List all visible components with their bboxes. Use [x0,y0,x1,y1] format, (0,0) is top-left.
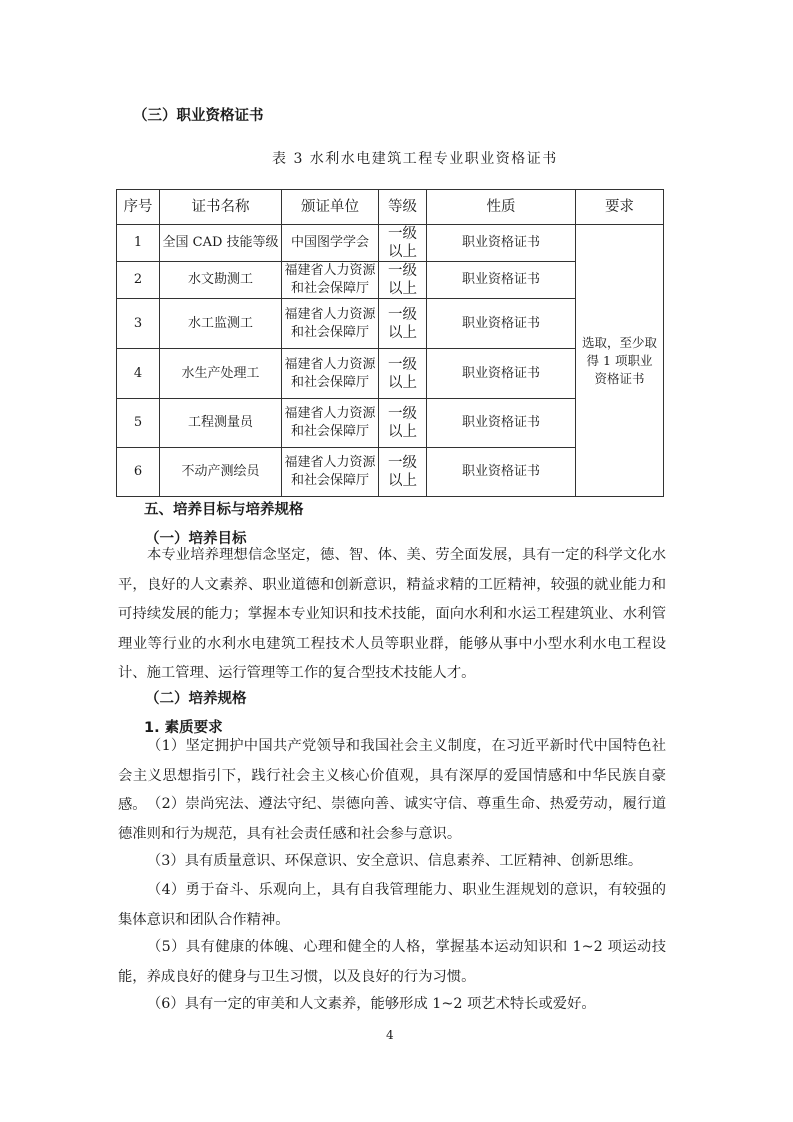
spec-item-4: （4）勇于奋斗、乐观向上，具有自我管理能力、职业生涯规划的意识，有较强的集体意识… [118,876,666,935]
cell-requirement: 选取，至少取得 1 项职业资格证书 [576,225,664,497]
cell-name: 工程测量员 [160,399,282,448]
goal-paragraph: 本专业培养理想信念坚定，德、智、体、美、劳全面发展，具有一定的科学文化水平，良好… [118,541,666,689]
cell-no: 6 [117,448,160,497]
cell-grade: 一级 以上 [379,399,427,448]
cell-issuer: 福建省人力资源 和社会保障厅 [282,349,379,399]
table-caption: 表 3 水利水电建筑工程专业职业资格证书 [272,148,558,168]
cell-nature: 职业资格证书 [427,299,576,349]
cell-name: 水工监测工 [160,299,282,349]
cell-grade: 一级 以上 [379,299,427,349]
cell-grade: 一级 以上 [379,349,427,399]
page-number: 4 [386,1028,394,1042]
header-issuer: 颁证单位 [282,190,379,225]
header-name: 证书名称 [160,190,282,225]
cell-name: 水文勘测工 [160,262,282,299]
cell-no: 3 [117,299,160,349]
cell-no: 5 [117,399,160,448]
cell-nature: 职业资格证书 [427,399,576,448]
cell-nature: 职业资格证书 [427,349,576,399]
spec-item-2: （2）崇尚宪法、遵法守纪、崇德向善、诚实守信、尊重生命、热爱劳动，履行道德准则和… [118,790,666,849]
cell-no: 4 [117,349,160,399]
cell-grade: 一级 以上 [379,448,427,497]
header-no: 序号 [117,190,160,225]
chapter-heading: 五、培养目标与培养规格 [144,498,304,519]
cell-name: 水生产处理工 [160,349,282,399]
cell-grade: 一级 以上 [379,225,427,262]
cell-issuer: 福建省人力资源 和社会保障厅 [282,262,379,299]
spec-item-3: （3）具有质量意识、环保意识、安全意识、信息素养、工匠精神、创新思维。 [118,847,666,877]
cell-issuer: 福建省人力资源 和社会保障厅 [282,399,379,448]
cell-nature: 职业资格证书 [427,448,576,497]
table-row: 1 全国 CAD 技能等级 中国图学学会 一级 以上 职业资格证书 选取，至少取… [117,225,664,262]
cell-issuer: 中国图学学会 [282,225,379,262]
header-requirement: 要求 [576,190,664,225]
spec-item-5: （5）具有健康的体魄、心理和健全的人格，掌握基本运动知识和 1~2 项运动技能，… [118,933,666,992]
certificate-table: 序号 证书名称 颁证单位 等级 性质 要求 1 全国 CAD 技能等级 中国图学… [116,189,664,497]
section-heading-certificates: （三）职业资格证书 [133,104,264,125]
cell-nature: 职业资格证书 [427,225,576,262]
cell-no: 1 [117,225,160,262]
cell-no: 2 [117,262,160,299]
cell-issuer: 福建省人力资源 和社会保障厅 [282,299,379,349]
spec-item-6: （6）具有一定的审美和人文素养，能够形成 1~2 项艺术特长或爱好。 [118,990,666,1020]
cell-name: 全国 CAD 技能等级 [160,225,282,262]
table-header-row: 序号 证书名称 颁证单位 等级 性质 要求 [117,190,664,225]
cell-nature: 职业资格证书 [427,262,576,299]
header-nature: 性质 [427,190,576,225]
spec-heading: （二）培养规格 [145,687,247,708]
header-grade: 等级 [379,190,427,225]
cell-grade: 一级 以上 [379,262,427,299]
cell-name: 不动产测绘员 [160,448,282,497]
cell-issuer: 福建省人力资源 和社会保障厅 [282,448,379,497]
